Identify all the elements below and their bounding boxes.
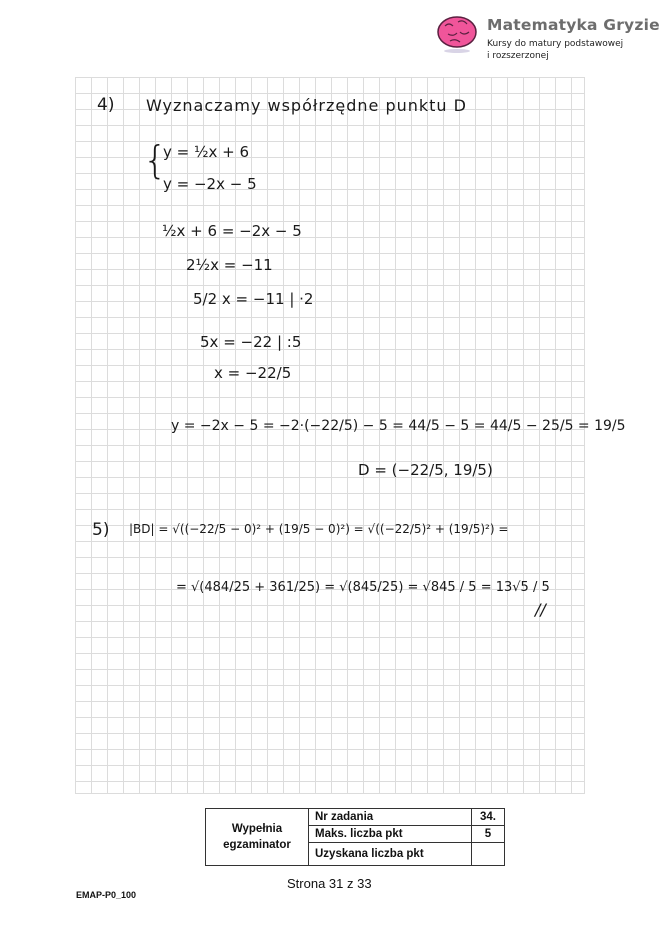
examiner-label: Wypełnia egzaminator [206,809,309,866]
brand-subtitle: Kursy do matury podstawowej i rozszerzon… [487,38,623,62]
end-mark: // [535,600,546,619]
eq-line5: x = −22/5 [214,364,291,382]
eq-line4: 5x = −22 | :5 [200,333,301,351]
obtained-points-label: Uzyskana liczba pkt [309,843,472,866]
examiner-table: Wypełnia egzaminator Nr zadania 34. Maks… [205,808,505,866]
brand-subtitle-line1: Kursy do matury podstawowej [487,38,623,50]
brand-header: Matematyka Gryzie Kursy do matury podsta… [436,12,660,62]
max-points-value: 5 [472,826,505,843]
page-number: Strona 31 z 33 [287,876,372,891]
step4-number: 4) [97,95,114,115]
distance-line1: |BD| = √((−22/5 − 0)² + (19/5 − 0)²) = √… [129,522,508,536]
brand-title: Matematyka Gryzie [487,16,660,34]
task-number-value: 34. [472,809,505,826]
eq-line1: ½x + 6 = −2x − 5 [162,222,302,240]
brain-logo-icon [436,14,478,54]
grid-paper [75,77,585,794]
point-d-result: D = (−22/5, 19/5) [358,461,493,479]
eq-line2: 2½x = −11 [186,256,273,274]
y-calculation: y = −2x − 5 = −2·(−22/5) − 5 = 44/5 − 5 … [171,418,626,434]
task-number-label: Nr zadania [309,809,472,826]
eq-line3: 5/2 x = −11 | ·2 [193,290,313,308]
distance-line2: = √(484/25 + 361/25) = √(845/25) = √845 … [176,580,550,595]
exam-code: EMAP-P0_100 [76,890,136,900]
system-eq2: y = −2x − 5 [163,175,257,193]
max-points-label: Maks. liczba pkt [309,826,472,843]
step4-heading: Wyznaczamy współrzędne punktu D [146,96,467,115]
step5-number: 5) [92,520,109,540]
obtained-points-field[interactable] [472,843,505,866]
brand-subtitle-line2: i rozszerzonej [487,50,623,62]
system-eq1: y = ½x + 6 [163,143,249,161]
